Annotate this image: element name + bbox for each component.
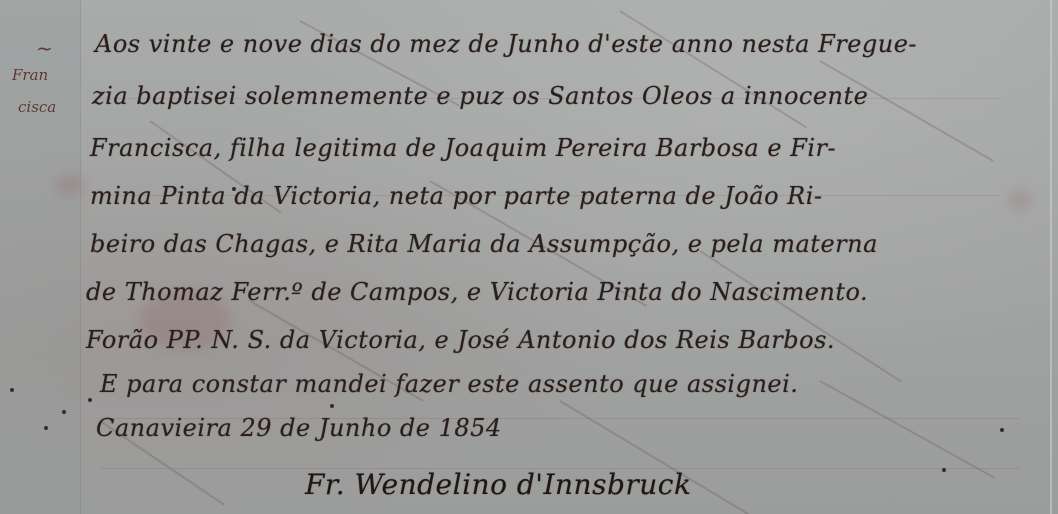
margin-rule-left	[80, 0, 81, 514]
margin-rule-right	[1050, 0, 1052, 514]
bleed-through-stroke	[619, 10, 807, 128]
margin-mark: ~	[36, 36, 53, 60]
record-line-2: zia baptisei solemnemente e puz os Santo…	[92, 82, 868, 110]
ink-dot	[942, 468, 946, 472]
record-date-line: Canavieira 29 de Junho de 1854	[96, 414, 502, 442]
bleed-through-stroke	[820, 60, 994, 162]
ink-dot	[330, 404, 334, 408]
document-page: ~ Fran cisca Aos vinte e nove dias do me…	[0, 0, 1058, 514]
bleed-through-stroke	[820, 380, 996, 479]
ink-dot	[10, 388, 14, 392]
record-line-8: E para constar mandei fazer este assento…	[100, 370, 798, 398]
ink-stain	[1010, 190, 1030, 210]
ink-dot	[88, 398, 92, 402]
ink-dot	[1000, 428, 1004, 432]
record-line-3: Francisca, filha legitima de Joaquim Per…	[90, 134, 836, 162]
margin-name-part1: Fran	[12, 66, 48, 84]
bleed-through-stroke	[699, 250, 901, 382]
record-line-1: Aos vinte e nove dias do mez de Junho d'…	[95, 30, 917, 58]
margin-name-part2: cisca	[18, 98, 56, 116]
ink-stain	[55, 175, 85, 195]
record-line-6: de Thomaz Ferr.º de Campos, e Victoria P…	[86, 278, 868, 306]
record-line-5: beiro das Chagas, e Rita Maria da Assump…	[90, 230, 878, 258]
ink-dot	[44, 426, 48, 430]
ink-dot	[62, 410, 66, 414]
priest-signature: Fr. Wendelino d'Innsbruck	[305, 468, 691, 501]
record-line-7: Forão PP. N. S. da Victoria, e José Anto…	[86, 326, 835, 354]
record-line-4: mina Pinta da Victoria, neta por parte p…	[90, 182, 823, 210]
